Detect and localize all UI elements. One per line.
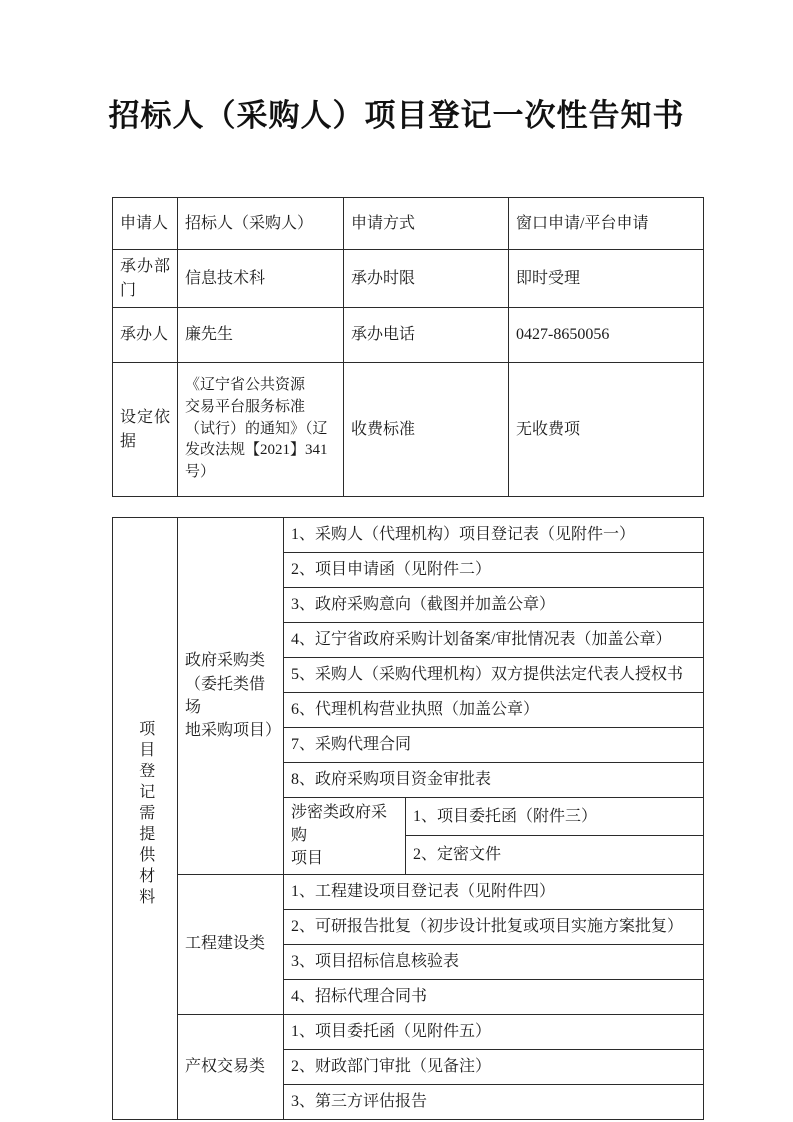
phone-value: 0427-8650056: [509, 308, 704, 363]
table-row: 承办部门 信息技术科 承办时限 即时受理: [113, 250, 704, 308]
material-item: 2、财政部门审批（见备注）: [284, 1049, 704, 1084]
table-row: 产权交易类 1、项目委托函（见附件五）: [113, 1014, 704, 1049]
table-row: 设定依据 《辽宁省公共资源 交易平台服务标准 （试行）的通知》（辽 发改法规【2…: [113, 363, 704, 497]
apply-method-value: 窗口申请/平台申请: [509, 198, 704, 250]
applicant-value: 招标人（采购人）: [178, 198, 344, 250]
page-title: 招标人（采购人）项目登记一次性告知书: [0, 90, 793, 135]
material-item: 1、项目委托函（附件三）: [406, 798, 704, 836]
table-row: 申请人 招标人（采购人） 申请方式 窗口申请/平台申请: [113, 198, 704, 250]
legal-basis-label: 设定依据: [113, 363, 178, 497]
category-gov-procurement: 政府采购类 （委托类借场 地采购项目）: [178, 518, 284, 875]
legal-basis-value: 《辽宁省公共资源 交易平台服务标准 （试行）的通知》（辽 发改法规【2021】3…: [178, 363, 344, 497]
material-item: 3、项目招标信息核验表: [284, 944, 704, 979]
apply-method-label: 申请方式: [344, 198, 509, 250]
fee-standard-label: 收费标准: [344, 363, 509, 497]
material-item: 4、招标代理合同书: [284, 979, 704, 1014]
materials-side-label: 项目登记需提供材料: [136, 720, 154, 909]
material-item: 3、政府采购意向（截图并加盖公章）: [284, 588, 704, 623]
info-table: 申请人 招标人（采购人） 申请方式 窗口申请/平台申请 承办部门 信息技术科 承…: [112, 197, 704, 497]
handler-value: 廉先生: [178, 308, 344, 363]
handler-label: 承办人: [113, 308, 178, 363]
table-row: 承办人 廉先生 承办电话 0427-8650056: [113, 308, 704, 363]
material-item: 5、采购人（采购代理机构）双方提供法定代表人授权书: [284, 658, 704, 693]
document-page: 招标人（采购人）项目登记一次性告知书 申请人 招标人（采购人） 申请方式 窗口申…: [0, 0, 793, 1122]
table-row: 工程建设类 1、工程建设项目登记表（见附件四）: [113, 874, 704, 909]
material-item: 4、辽宁省政府采购计划备案/审批情况表（加盖公章）: [284, 623, 704, 658]
materials-table: 项目登记需提供材料 政府采购类 （委托类借场 地采购项目） 1、采购人（代理机构…: [112, 517, 704, 1120]
material-item: 1、工程建设项目登记表（见附件四）: [284, 874, 704, 909]
material-item: 2、可研报告批复（初步设计批复或项目实施方案批复）: [284, 909, 704, 944]
material-item: 2、定密文件: [406, 836, 704, 874]
fee-standard-value: 无收费项: [509, 363, 704, 497]
material-item: 7、采购代理合同: [284, 728, 704, 763]
time-limit-label: 承办时限: [344, 250, 509, 308]
phone-label: 承办电话: [344, 308, 509, 363]
category-construction: 工程建设类: [178, 874, 284, 1014]
secret-gov-procurement-label: 涉密类政府采购 项目: [284, 798, 406, 875]
handling-dept-label: 承办部门: [113, 250, 178, 308]
handling-dept-value: 信息技术科: [178, 250, 344, 308]
material-item: 3、第三方评估报告: [284, 1084, 704, 1119]
material-item: 2、项目申请函（见附件二）: [284, 553, 704, 588]
applicant-label: 申请人: [113, 198, 178, 250]
table-row: 项目登记需提供材料 政府采购类 （委托类借场 地采购项目） 1、采购人（代理机构…: [113, 518, 704, 553]
material-item: 1、项目委托函（见附件五）: [284, 1014, 704, 1049]
materials-side-label-cell: 项目登记需提供材料: [113, 518, 178, 1120]
time-limit-value: 即时受理: [509, 250, 704, 308]
material-item: 8、政府采购项目资金审批表: [284, 763, 704, 798]
category-property-exchange: 产权交易类: [178, 1014, 284, 1119]
material-item: 6、代理机构营业执照（加盖公章）: [284, 693, 704, 728]
material-item: 1、采购人（代理机构）项目登记表（见附件一）: [284, 518, 704, 553]
